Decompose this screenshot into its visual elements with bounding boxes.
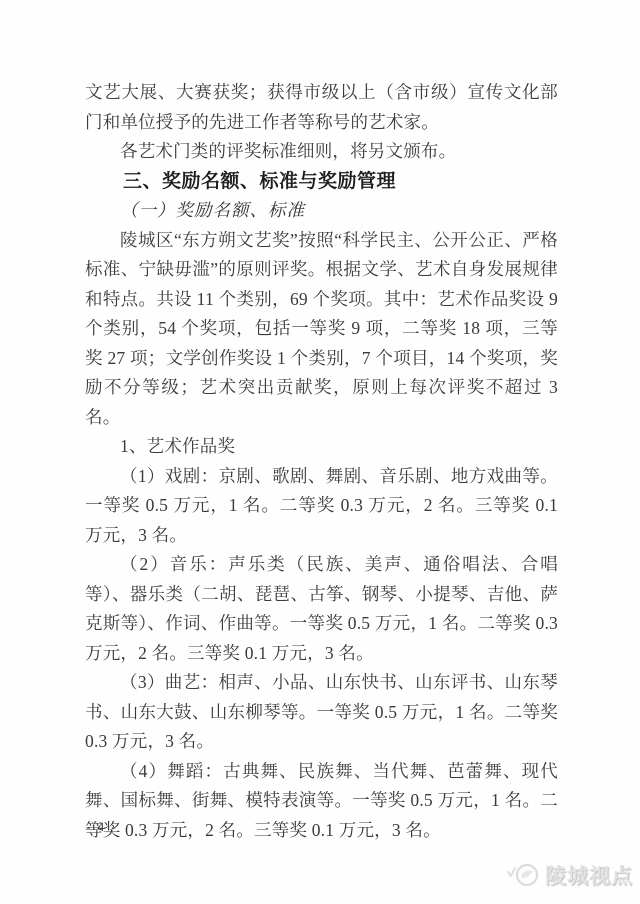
watermark: 陵城视点 [506,860,633,890]
heading-subsection-one: （一）奖励名额、标准 [85,196,558,226]
lingcheng-viewpoint-logo-icon [506,862,540,888]
page-number: - 4 - [86,819,118,835]
heading-art-works-award: 1、艺术作品奖 [85,432,558,462]
paragraph-award-overview: 陵城区“东方朔文艺奖”按照“科学民主、公开公正、严格标准、宁缺毋滥”的原则评奖。… [85,226,558,433]
document-body: 文艺大展、大赛获奖；获得市级以上（含市级）宣传文化部门和单位授予的先进工作者等称… [85,78,558,845]
paragraph-music-award: （2）音乐：声乐类（民族、美声、通俗唱法、合唱等）、器乐类（二胡、琵琶、古筝、钢… [85,550,558,668]
heading-section-three: 三、奖励名额、标准与奖励管理 [85,167,558,197]
paragraph-dance-award: （4）舞蹈：古典舞、民族舞、当代舞、芭蕾舞、现代舞、国标舞、街舞、模特表演等。一… [85,757,558,846]
watermark-label: 陵城视点 [545,860,633,890]
paragraph-quyi-award: （3）曲艺：相声、小品、山东快书、山东评书、山东琴书、山东大鼓、山东柳琴等。一等… [85,668,558,757]
paragraph-standards-notice: 各艺术门类的评奖标准细则，将另文颁布。 [85,137,558,167]
document-page: 文艺大展、大赛获奖；获得市级以上（含市级）宣传文化部门和单位授予的先进工作者等称… [0,0,640,904]
paragraph-drama-award: （1）戏剧：京剧、歌剧、舞剧、音乐剧、地方戏曲等。一等奖 0.5 万元，1 名。… [85,462,558,551]
paragraph-continuation: 文艺大展、大赛获奖；获得市级以上（含市级）宣传文化部门和单位授予的先进工作者等称… [85,78,558,137]
